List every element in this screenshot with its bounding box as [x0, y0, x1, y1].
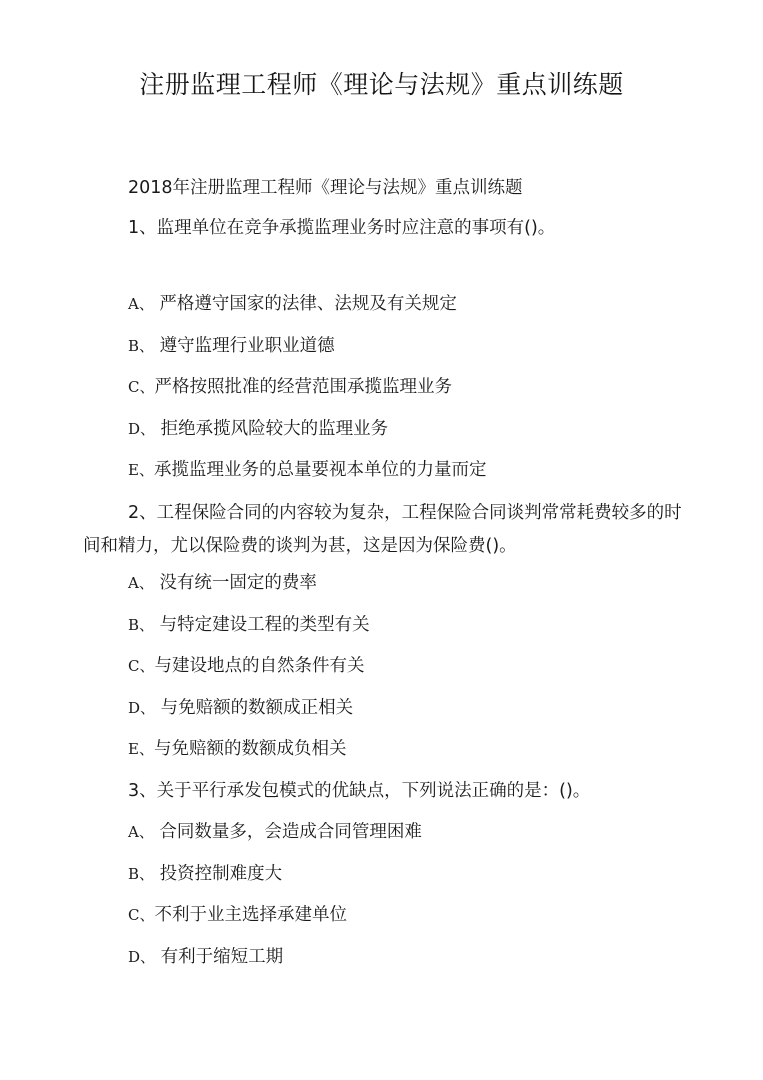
option-text: 没有统一固定的费率: [154, 573, 317, 593]
option-letter: C、: [128, 378, 154, 396]
question-1-option-a: A、 严格遵守国家的法律、法规及有关规定: [128, 292, 457, 316]
option-letter: D、: [128, 948, 155, 966]
option-text: 不利于业主选择承建单位: [154, 905, 347, 925]
option-letter: C、: [128, 657, 154, 675]
option-letter: B、: [128, 865, 154, 883]
document-page: 注册监理工程师《理论与法规》重点训练题 2018年注册监理工程师《理论与法规》重…: [0, 0, 763, 1080]
question-3-option-c: C、不利于业主选择承建单位: [128, 903, 347, 927]
option-text: 遵守监理行业职业道德: [154, 336, 335, 356]
option-text: 投资控制难度大: [154, 864, 282, 884]
option-letter: B、: [128, 616, 154, 634]
option-text: 与特定建设工程的类型有关: [154, 615, 370, 635]
question-3-option-a: A、 合同数量多，会造成合同管理困难: [128, 820, 422, 844]
option-text: 与免赔额的数额成负相关: [154, 739, 347, 759]
question-2-stem: 2、工程保险合同的内容较为复杂，工程保险合同谈判常常耗费较多的时间和精力，尤以保…: [83, 497, 683, 563]
option-letter: B、: [128, 337, 154, 355]
option-text: 拒绝承揽风险较大的监理业务: [155, 419, 388, 439]
option-letter: C、: [128, 906, 154, 924]
option-letter: A、: [128, 574, 154, 592]
question-3-option-b: B、 投资控制难度大: [128, 862, 282, 886]
document-subtitle: 2018年注册监理工程师《理论与法规》重点训练题: [128, 176, 523, 200]
question-2-option-a: A、 没有统一固定的费率: [128, 571, 317, 595]
option-text: 严格按照批准的经营范围承揽监理业务: [154, 377, 452, 397]
question-1-option-b: B、 遵守监理行业职业道德: [128, 334, 335, 358]
question-2-option-e: E、与免赔额的数额成负相关: [128, 737, 346, 761]
question-1-option-c: C、严格按照批准的经营范围承揽监理业务: [128, 375, 452, 399]
option-letter: A、: [128, 823, 154, 841]
option-letter: E、: [128, 461, 154, 479]
option-text: 合同数量多，会造成合同管理困难: [154, 822, 422, 842]
option-letter: D、: [128, 699, 155, 717]
option-text: 与建设地点的自然条件有关: [154, 656, 364, 676]
question-2-option-d: D、 与免赔额的数额成正相关: [128, 696, 353, 720]
question-1-option-d: D、 拒绝承揽风险较大的监理业务: [128, 417, 388, 441]
option-text: 严格遵守国家的法律、法规及有关规定: [154, 294, 457, 314]
question-1-stem: 1、监理单位在竞争承揽监理业务时应注意的事项有()。: [128, 216, 555, 240]
option-letter: E、: [128, 740, 154, 758]
question-2-option-b: B、 与特定建设工程的类型有关: [128, 613, 370, 637]
document-title: 注册监理工程师《理论与法规》重点训练题: [0, 68, 763, 102]
question-1-option-e: E、承揽监理业务的总量要视本单位的力量而定: [128, 458, 486, 482]
question-2-option-c: C、与建设地点的自然条件有关: [128, 654, 364, 678]
option-text: 承揽监理业务的总量要视本单位的力量而定: [154, 460, 487, 480]
question-3-option-d: D、 有利于缩短工期: [128, 945, 283, 969]
option-letter: D、: [128, 420, 155, 438]
option-letter: A、: [128, 295, 154, 313]
question-3-stem: 3、关于平行承发包模式的优缺点，下列说法正确的是：()。: [128, 779, 590, 803]
option-text: 有利于缩短工期: [155, 947, 283, 967]
option-text: 与免赔额的数额成正相关: [155, 698, 353, 718]
